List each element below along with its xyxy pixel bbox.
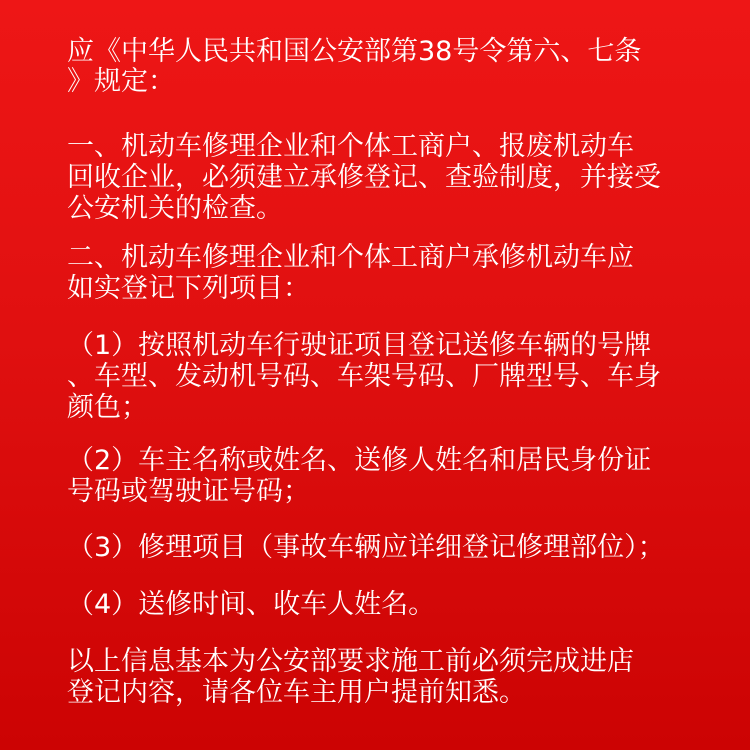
- closing-line-1: 以上信息基本为公安部要求施工前必须完成进店: [67, 646, 634, 678]
- intro-line-1: 应《中华人民共和国公安部第38号令第六、七条: [67, 36, 641, 68]
- item1-line-3: 颜色；: [67, 392, 148, 424]
- closing-line-2: 登记内容，请各位车主用户提前知悉。: [67, 677, 526, 709]
- clause1-line-1: 一、机动车修理企业和个体工商户、报废机动车: [67, 131, 634, 163]
- item1-line-1: （1）按照机动车行驶证项目登记送修车辆的号牌: [67, 330, 651, 362]
- item1-line-2: 、车型、发动机号码、车架号码、厂牌型号、车身: [67, 361, 661, 393]
- clause2-line-2: 如实登记下列项目：: [67, 273, 310, 305]
- item2-line-2: 号码或驾驶证号码；: [67, 476, 310, 508]
- item3-line-1: （3）修理项目（事故车辆应详细登记修理部位）；: [67, 532, 665, 564]
- item2-line-1: （2）车主名称或姓名、送修人姓名和居民身份证: [67, 445, 651, 477]
- intro-line-2: 》规定：: [67, 66, 175, 98]
- clause2-line-1: 二、机动车修理企业和个体工商户承修机动车应: [67, 242, 634, 274]
- item4-line-1: （4）送修时间、收车人姓名。: [67, 589, 435, 621]
- clause1-line-2: 回收企业，必须建立承修登记、查验制度，并接受: [67, 162, 661, 194]
- clause1-line-3: 公安机关的检查。: [67, 193, 283, 225]
